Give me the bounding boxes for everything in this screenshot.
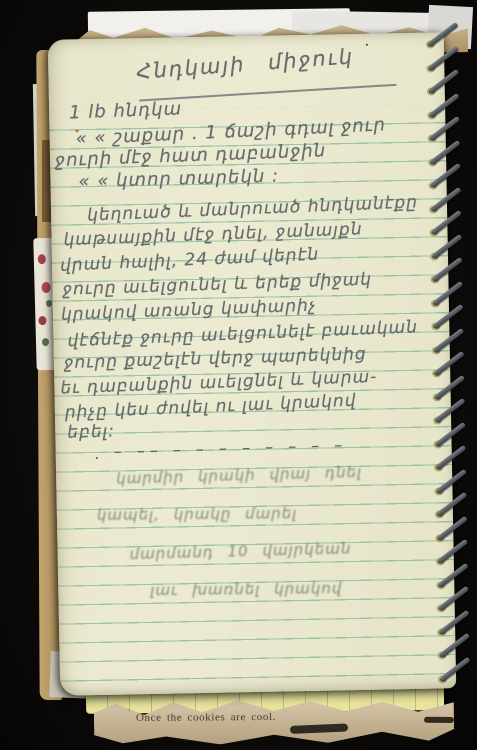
handwritten-line: եբել: (67, 421, 115, 442)
spiral-coil (435, 617, 477, 640)
floral-red-dot (38, 254, 46, 264)
spiral-coil (433, 523, 477, 546)
paper-speck (75, 129, 78, 132)
spiral-coil (426, 147, 474, 170)
printed-text: Once the cookies are cool. (136, 711, 276, 724)
handwritten-line: 1 lb հնդկա (69, 98, 183, 123)
spiral-coil (429, 312, 477, 335)
spiral-coil (434, 547, 477, 570)
floral-green-dot (42, 338, 49, 346)
bleedthrough-text: կապել, կրակը մարել (97, 504, 298, 524)
bleedthrough-text: լաւ խառնել կրակով (150, 579, 342, 599)
spiral-coil (425, 124, 473, 147)
spiral-coil (434, 570, 477, 593)
page-title-handwriting: Հնդկայի միջուկ (136, 44, 355, 84)
spiral-coil (424, 30, 472, 53)
ink-smudge (424, 717, 454, 723)
spiral-coil (434, 594, 477, 617)
spiral-coil (428, 241, 476, 264)
spiral-coil (432, 453, 477, 476)
spiral-coil (435, 641, 477, 664)
spiral-coil (425, 77, 473, 100)
spiral-coil (424, 53, 472, 76)
spiral-coil (430, 382, 477, 405)
spiral-coil (431, 406, 477, 429)
photo-stage: rage Once the cookies are cool. Հնդկայի … (0, 0, 477, 750)
spiral-coil (429, 335, 477, 358)
spiral-coil (427, 194, 475, 217)
spiral-coil (425, 100, 473, 123)
spiral-coil (430, 359, 477, 382)
ink-smudge (290, 723, 348, 733)
notebook-page: Հնդկայի միջուկ 1 lb հնդկա « « շաքար . 1 … (48, 32, 457, 695)
spiral-coil (433, 500, 477, 523)
floral-red-dot (38, 316, 46, 325)
spiral-coil (431, 429, 477, 452)
paper-speck (366, 44, 368, 46)
spiral-coil (428, 265, 476, 288)
spiral-coil (426, 171, 474, 194)
spiral-coil (436, 664, 477, 687)
paper-speck (96, 457, 98, 459)
spiral-coil (432, 476, 477, 499)
floral-red-dot (41, 282, 50, 293)
spiral-coil (429, 288, 477, 311)
floral-green-dot (46, 300, 52, 307)
spiral-coil (427, 218, 475, 241)
